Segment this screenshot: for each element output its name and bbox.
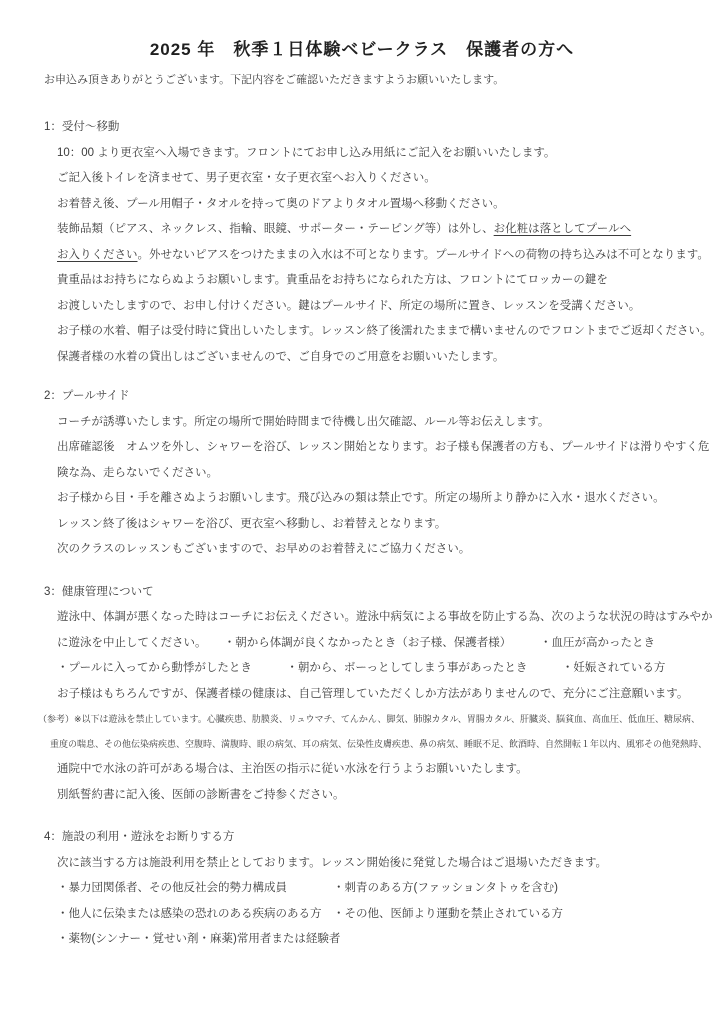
bullet-item: ・刺青のある方(ファッションタトゥを含む) [333,876,724,902]
body-line: 遊泳中、体調が悪くなった時はコーチにお伝えください。遊泳中病気による事故を防止す… [57,605,724,631]
enter-plain-text: 。外せないピアスをつけたままの入水は不可となります。プールサイドへの荷物の持ち込… [138,249,709,261]
body-line: 保護者様の水着の貸出しはございませんので、ご自身でのご用意をお願いいたします。 [57,345,724,371]
body-line: お渡しいたしますので、お申し付けください。鍵はプールサイド、所定の場所に置き、レ… [57,294,724,320]
bullet-item: ・薬物(シンナー・覚せい剤・麻薬)常用者または経験者 [57,927,333,953]
makeup-underlined-text: お化粧は落としてプールへ [494,223,631,235]
body-line: 貴重品はお持ちにならぬようお願いします。貴重品をお持ちになられた方は、フロントに… [57,268,724,294]
bullet-item [333,927,724,953]
body-line: お子様の水着、帽子は受付時に貸出しいたします。レッスン終了後濡れたままで構いませ… [57,319,724,345]
jewelry-plain-text: 装飾品類（ピアス、ネックレス、指輪、眼鏡、サポーター・テーピング等）は外し、 [57,223,494,235]
body-line: 出席確認後 オムツを外し、シャワーを浴び、レッスン開始となります。お子様も保護者… [57,435,724,461]
prohibited-persons-list: ・暴力団関係者、その他反社会的勢力構成員 ・刺青のある方(ファッションタトゥを含… [57,876,724,953]
body-line: 次に該当する方は施設利用を禁止としております。レッスン開始後に発覚した場合はご退… [57,851,724,877]
small-note: 重度の喘息、その他伝染病疾患、空腹時、満腹時、眼の病気、耳の病気、伝染性皮膚疾患… [50,732,724,757]
section3-heading: 3：健康管理について [44,580,724,606]
section2-heading: 2：プールサイド [44,384,724,410]
section1-heading: 1：受付～移動 [44,115,724,141]
bullet-item: ・暴力団関係者、その他反社会的勢力構成員 [57,876,333,902]
body-line: 険な為、走らないでください。 [57,461,724,487]
body-line: お着替え後、プール用帽子・タオルを持って奥のドアよりタオル置場へ移動ください。 [57,192,724,218]
body-line: 次のクラスのレッスンもございますので、お早めのお着替えにご協力ください。 [57,537,724,563]
page-title: 2025 年 秋季１日体験ベビークラス 保護者の方へ [0,0,724,62]
intro-text: お申込み頂きありがとうございます。下記内容をご確認いただきますようお願いいたしま… [44,72,724,88]
body-line: ご記入後トイレを済ませて、男子更衣室・女子更衣室へお入りください。 [57,166,724,192]
section4-heading: 4：施設の利用・遊泳をお断りする方 [44,825,724,851]
body-line: お子様はもちろんですが、保護者様の健康は、自己管理していただくしか方法がありませ… [57,682,724,708]
body-line: に遊泳を中止してください。 ・朝から体調が良くなかったとき（お子様、保護者様） … [57,631,724,657]
enter-underlined-text: お入りください [57,249,138,261]
small-note: （参考）※以下は遊泳を禁止しています。心臓疾患、肋膜炎、リュウマチ、てんかん、脚… [38,707,724,732]
body-line-jewelry: 装飾品類（ピアス、ネックレス、指輪、眼鏡、サポーター・テーピング等）は外し、お化… [57,217,724,243]
bullet-item: ・その他、医師より運動を禁止されている方 [333,902,724,928]
body-line-enter: お入りください。外せないピアスをつけたままの入水は不可となります。プールサイドへ… [57,243,724,269]
body-line: コーチが誘導いたします。所定の場所で開始時間まで待機し出欠確認、ルール等お伝えし… [57,410,724,436]
body-line: ・プールに入ってから動悸がしたとき ・朝から、ボーっとしてしまう事があったとき … [57,656,724,682]
bullet-item: ・他人に伝染または感染の恐れのある疾病のある方 [57,902,333,928]
body-line: レッスン終了後はシャワーを浴び、更衣室へ移動し、お着替えとなります。 [57,512,724,538]
body-line: 通院中で水泳の許可がある場合は、主治医の指示に従い水泳を行うようお願いいたします… [57,757,724,783]
body-line: 10：00 より更衣室へ入場できます。フロントにてお申し込み用紙にご記入をお願い… [57,141,724,167]
body-line: お子様から目・手を離さぬようお願いします。飛び込みの類は禁止です。所定の場所より… [57,486,724,512]
document-page: { "page": { "title": "2025 年 秋季１日体験ベビークラ… [0,0,724,1024]
body-line: 別紙誓約書に記入後、医師の診断書をご持参ください。 [57,783,724,809]
